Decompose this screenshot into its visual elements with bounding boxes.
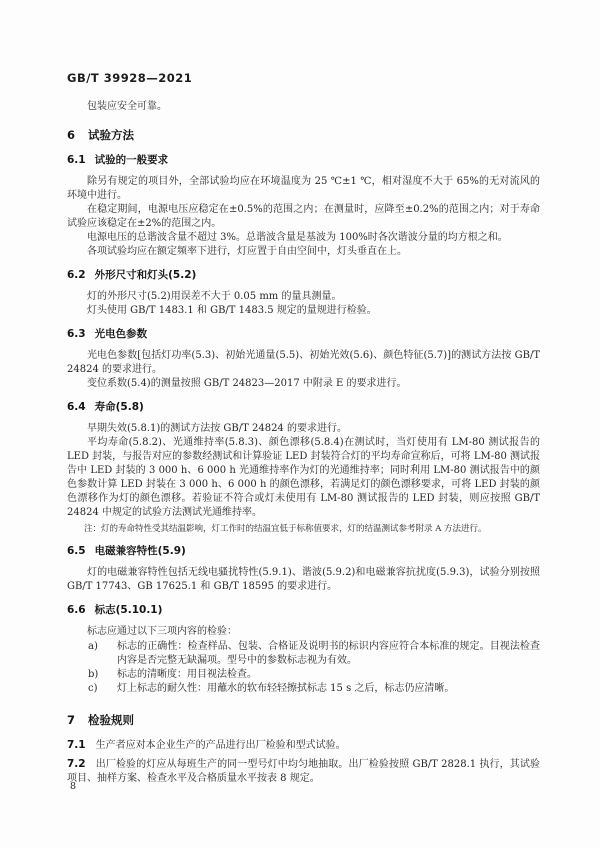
chapter-7-heading: 7检验规则 [67,713,540,728]
section-6-6-number: 6.6 [67,604,86,616]
section-6-1-body: 除另有规定的项目外，全部试验均应在环境温度为 25 ℃±1 ℃，相对湿度不大于 … [67,175,540,259]
section-6-2-title: 外形尺寸和灯头(5.2) [95,269,197,281]
section-6-4-note: 注：灯的寿命特性受其结温影响，灯工作时的结温宜低于标称值要求，灯的结温测试参考附… [67,523,540,535]
list-item-text: 灯上标志的耐久性：用蘸水的软布轻轻擦拭标志 15 s 之后，标志仍应清晰。 [117,682,540,696]
section-6-1-number: 6.1 [67,154,86,166]
list-item-text: 标志的正确性：检查样品、包装、合格证及说明书的标识内容应符合本标准的规定。目视法… [117,640,540,668]
paragraph: 灯的外形尺寸(5.2)用误差不大于 0.05 mm 的量具测量。 [67,290,540,304]
paragraph: 灯的电磁兼容特性包括无线电骚扰特性(5.9.1)、谐波(5.9.2)和电磁兼容抗… [67,566,540,594]
paragraph: 变位系数(5.4)的测量按照 GB/T 24823—2017 中附录 E 的要求… [67,377,540,391]
section-6-6-heading: 6.6标志(5.10.1) [67,603,540,618]
section-6-2-number: 6.2 [67,269,86,281]
section-6-5-title: 电磁兼容特性(5.9) [95,545,186,557]
clause-7-2-text: 出厂检验的灯应从每班生产的同一型号灯中均匀地抽取。出厂检验按照 GB/T 282… [67,759,540,784]
list-item-label: c) [88,682,117,696]
section-6-4-body: 早期失效(5.8.1)的测试方法按 GB/T 24824 的要求进行。 平均寿命… [67,422,540,535]
clause-7-2: 7.2出厂检验的灯应从每班生产的同一型号灯中均匀地抽取。出厂检验按照 GB/T … [67,757,540,786]
paragraph: 平均寿命(5.8.2)、光通维持率(5.8.3)、颜色漂移(5.8.4)在测试时… [67,436,540,520]
clause-7-2-number: 7.2 [67,758,86,770]
section-6-3-body: 光电色参数[包括灯功率(5.3)、初始光通量(5.5)、初始光效(5.6)、颜色… [67,349,540,391]
intro-paragraph: 包装应安全可靠。 [67,100,540,114]
doc-number-header: GB/T 39928—2021 [67,71,540,85]
section-6-4-title: 寿命(5.8) [95,401,144,413]
page-content: 包装应安全可靠。 6试验方法 6.1试验的一般要求 除另有规定的项目外，全部试验… [67,100,540,786]
section-6-6-title: 标志(5.10.1) [95,604,163,616]
list-item: a) 标志的正确性：检查样品、包装、合格证及说明书的标识内容应符合本标准的规定。… [67,640,540,668]
section-6-1-heading: 6.1试验的一般要求 [67,153,540,168]
chapter-6-title: 试验方法 [88,128,134,142]
paragraph: 电源电压的总谐波含量不超过 3%。总谐波含量是基波为 100%时各次谐波分量的均… [67,231,540,245]
paragraph: 光电色参数[包括灯功率(5.3)、初始光通量(5.5)、初始光效(5.6)、颜色… [67,349,540,377]
list-item-label: a) [88,640,117,668]
paragraph: 早期失效(5.8.1)的测试方法按 GB/T 24824 的要求进行。 [67,422,540,436]
section-6-6-body: 标志应通过以下三项内容的检验： a) 标志的正确性：检查样品、包装、合格证及说明… [67,625,540,696]
section-6-5-heading: 6.5电磁兼容特性(5.9) [67,544,540,559]
section-6-3-heading: 6.3光电色参数 [67,327,540,342]
list-item: c) 灯上标志的耐久性：用蘸水的软布轻轻擦拭标志 15 s 之后，标志仍应清晰。 [67,682,540,696]
section-6-3-title: 光电色参数 [95,328,148,340]
section-6-4-heading: 6.4寿命(5.8) [67,400,540,415]
marking-check-list: a) 标志的正确性：检查样品、包装、合格证及说明书的标识内容应符合本标准的规定。… [67,640,540,696]
list-item: b) 标志的清晰度：用目视法检查。 [67,668,540,682]
section-6-5-number: 6.5 [67,545,86,557]
chapter-7-title: 检验规则 [88,713,134,727]
section-6-4-number: 6.4 [67,401,86,413]
paragraph: 各项试验均应在额定频率下进行，灯应置于自由空间中，灯头垂直在上。 [67,245,540,259]
section-6-5-body: 灯的电磁兼容特性包括无线电骚扰特性(5.9.1)、谐波(5.9.2)和电磁兼容抗… [67,566,540,594]
chapter-7-number: 7 [67,713,75,727]
clause-7-1: 7.1生产者应对本企业生产的产品进行出厂检验和型式试验。 [67,738,540,753]
clause-7-1-number: 7.1 [67,739,86,751]
paragraph: 灯头使用 GB/T 1483.1 和 GB/T 1483.5 规定的量规进行检验… [67,304,540,318]
document-page: GB/T 39928—2021 包装应安全可靠。 6试验方法 6.1试验的一般要… [0,0,600,848]
clause-7-1-text: 生产者应对本企业生产的产品进行出厂检验和型式试验。 [96,740,346,751]
list-item-text: 标志的清晰度：用目视法检查。 [117,668,540,682]
section-6-2-heading: 6.2外形尺寸和灯头(5.2) [67,268,540,283]
paragraph: 在稳定期间，电源电压应稳定在±0.5%的范围之内；在测量时，应降至±0.2%的范… [67,203,540,231]
section-6-3-number: 6.3 [67,328,86,340]
paragraph: 标志应通过以下三项内容的检验： [67,625,540,639]
page-number: 8 [70,781,76,792]
chapter-6-heading: 6试验方法 [67,128,540,143]
chapter-6-number: 6 [67,128,75,142]
paragraph: 除另有规定的项目外，全部试验均应在环境温度为 25 ℃±1 ℃，相对湿度不大于 … [67,175,540,203]
section-6-2-body: 灯的外形尺寸(5.2)用误差不大于 0.05 mm 的量具测量。 灯头使用 GB… [67,290,540,318]
list-item-label: b) [88,668,117,682]
section-6-1-title: 试验的一般要求 [95,154,169,166]
